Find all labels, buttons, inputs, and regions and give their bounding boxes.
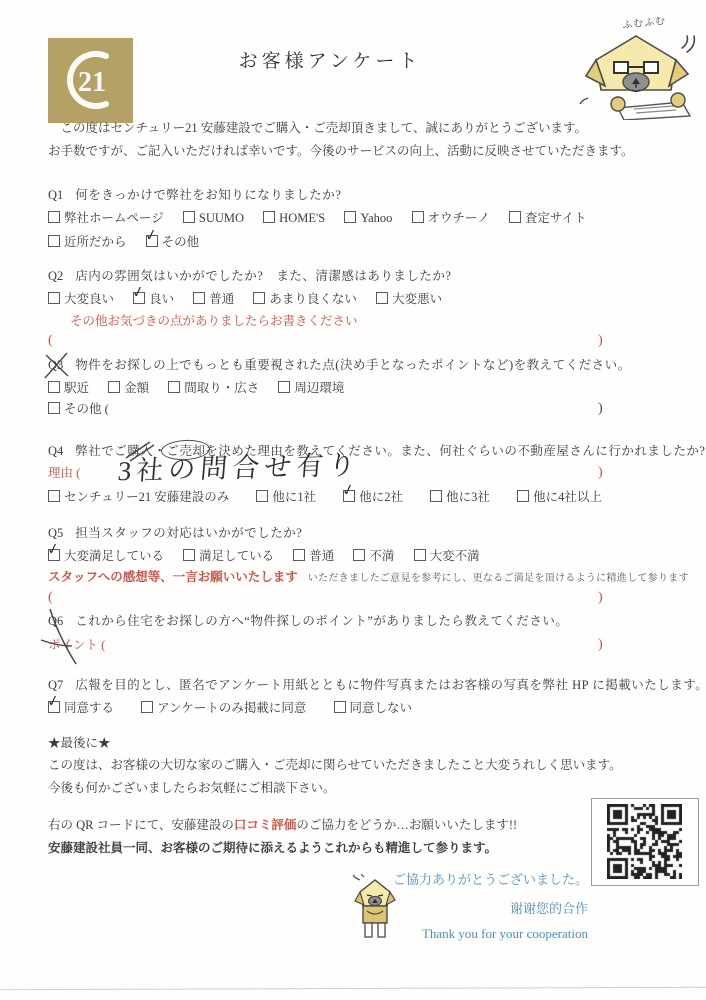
checkbox[interactable] [183,211,195,223]
checkbox[interactable] [412,211,424,223]
q1-number: Q1 [48,187,63,204]
option-q5-normal[interactable]: 普通 [293,548,334,565]
q6-point-paren-close: ) [598,637,603,653]
q7-title: Q7広報を目的とし、匿名でアンケート用紙とともに物件写真またはお客様の写真を弊社… [48,677,706,694]
qr-code-image [607,804,682,879]
option-label: 駅近 [64,381,89,395]
q3-number: Q3 [48,357,63,374]
q2-number: Q2 [48,268,63,285]
q2-answer-paren-close: ) [598,333,603,349]
checkbox[interactable] [48,490,60,502]
qr-line-post: のご協力をどうか…お願いいたします!! [296,818,517,832]
q1-title: Q1何をきっかけで弊社をお知りになりましたか? [48,187,341,204]
checkbox[interactable] [108,381,120,393]
option-label: 普通 [209,292,234,306]
option-q3-other[interactable]: その他 ( [48,401,109,418]
checkbox[interactable] [344,211,356,223]
qr-code [591,798,699,886]
checkbox-checked[interactable]: ✓ [146,235,158,247]
dog-mascot-reading-icon [578,12,698,125]
q6-text: これから住宅をお探しの方へ“物件探しのポイント”がありましたら教えてください。 [75,614,568,628]
checkbox-checked[interactable]: ✓ [343,490,355,502]
option-near-station[interactable]: 駅近 [48,380,89,397]
option-label: 弊社ホームページ [64,211,164,225]
checkbox-checked[interactable]: ✓ [48,701,60,713]
q4-number: Q4 [48,443,63,460]
checkbox[interactable] [353,549,365,561]
checkbox[interactable] [334,701,346,713]
qr-line-highlight: 口コミ評価 [234,818,297,832]
closing-line-2: 今後も何かございましたらお気軽にご相談下さい。 [48,780,336,797]
q7-number: Q7 [48,677,63,694]
closing-line-1: この度は、お客様の大切な家のご購入・ご売却に関らせていただきましたこと大変うれし… [48,757,622,774]
option-label: SUUMO [199,211,244,225]
option-label: オウチーノ [428,211,490,225]
option-label: 大変悪い [392,292,442,306]
checkbox[interactable] [430,490,442,502]
option-label: その他 ( [64,402,109,416]
checkbox-checked[interactable]: ✓ [133,292,145,304]
option-label: その他 [162,235,200,249]
checkbox[interactable] [48,211,60,223]
q5-options-row: ✓大変満足している 満足している 普通 不満 大変不満 [48,548,496,565]
checkbox[interactable] [141,701,153,713]
option-4plus-other[interactable]: 他に4社以上 [517,489,602,506]
q2-answer-paren-open: ( [48,333,53,349]
checkbox[interactable] [509,211,521,223]
checkbox[interactable] [48,292,60,304]
option-label: 近所だから [64,235,127,249]
checkbox[interactable] [376,292,388,304]
q1-options-row-2: 近所だから ✓その他 [48,234,215,251]
option-ouchino[interactable]: オウチーノ [412,210,490,227]
option-label: センチュリー21 安藤建設のみ [64,490,229,504]
option-very-dissatisfied[interactable]: 大変不満 [414,548,480,565]
option-label: 同意しない [350,701,413,715]
option-floorplan[interactable]: 間取り・広さ [168,380,259,397]
checkbox[interactable] [253,292,265,304]
option-yahoo[interactable]: Yahoo [344,210,392,227]
option-3-other[interactable]: 他に3社 [430,489,490,506]
option-label: あまり良くない [269,292,357,306]
q5-title: Q5担当スタッフの対応はいかがでしたか? [48,525,302,542]
option-label: 不満 [369,549,394,563]
qr-request-line: 右の QR コードにて、安藤建設の口コミ評価のご協力をどうか…お願いいたします!… [48,817,517,834]
q3-text: 物件をお探しの上でもっとも重要視された点(決め手となったポイントなど)を教えてく… [75,358,630,372]
checkbox[interactable] [48,381,60,393]
thanks-japanese: ご協力ありがとうございました。 [360,869,588,888]
option-c21-only[interactable]: センチュリー21 安藤建設のみ [48,489,229,506]
option-agree-checked[interactable]: ✓同意する [48,700,114,717]
q6-point-label: ポイント ( [48,637,105,654]
option-suumo[interactable]: SUUMO [183,210,244,227]
q2-options-row: 大変良い ✓良い 普通 あまり良くない 大変悪い [48,291,458,308]
q3-title: Q3物件をお探しの上でもっとも重要視された点(決め手となったポイントなど)を教え… [48,357,631,374]
q5-number: Q5 [48,525,63,542]
q5-answer-paren-close: ) [598,590,603,606]
option-not-good[interactable]: あまり良くない [253,291,357,308]
q2-title: Q2店内の雰囲気はいかがでしたか? また、清潔感はありましたか? [48,268,451,285]
handwritten-answer: 3社の問合せ有り [117,443,362,488]
option-survey-only[interactable]: アンケートのみ掲載に同意 [141,700,306,717]
option-price[interactable]: 金額 [108,380,149,397]
option-homes[interactable]: HOME'S [263,210,325,227]
option-label: 大変満足している [64,549,164,563]
checkbox[interactable] [168,381,180,393]
intro-line-1: この度はセンチュリー21 安藤建設でご購入・ご売却頂きまして、誠にありがとうござ… [48,120,587,137]
scan-artifact-line [0,987,706,990]
q4-reason-label: 理由 ( [48,465,80,482]
q5-comment-note-small: いただきましたご意見を参考にし、更なるご満足を頂けるように精進して参ります [308,573,689,584]
q3-options-row: 駅近 金額 間取り・広さ 周辺環境 [48,380,360,397]
checkbox-checked[interactable]: ✓ [48,549,60,561]
page-title: お客様アンケート [100,46,560,73]
option-1-other[interactable]: 他に1社 [256,489,316,506]
option-label: 周辺環境 [294,381,344,395]
q2-text: 店内の雰囲気はいかがでしたか? また、清潔感はありましたか? [75,269,451,283]
option-environment[interactable]: 周辺環境 [278,380,344,397]
q3-other-row: その他 ( [48,401,125,418]
q5-comment-note-row: スタッフへの感想等、一言お願いいたしますいただきましたご意見を参考にし、更なるご… [48,569,689,587]
q6-number: Q6 [48,613,63,630]
thanks-english: Thank you for your cooperation [360,926,588,942]
option-dissatisfied[interactable]: 不満 [353,548,394,565]
option-good-checked[interactable]: ✓良い [133,291,174,308]
check-mark: ✓ [143,226,159,245]
option-label: 大変良い [64,292,114,306]
checkbox[interactable] [414,549,426,561]
q1-text: 何をきっかけで弊社をお知りになりましたか? [75,188,341,202]
option-satisfied[interactable]: 満足している [183,548,274,565]
option-label: 良い [149,292,174,306]
check-mark: ✓ [45,692,61,711]
intro-line-2: お手数ですが、ご記入いただければ幸いです。今後のサービスの向上、活動に反映させて… [48,143,634,160]
option-label: Yahoo [360,211,392,225]
q5-answer-paren-open: ( [48,590,53,606]
option-normal[interactable]: 普通 [193,291,234,308]
option-neighborhood[interactable]: 近所だから [48,234,127,251]
q1-options-row-1: 弊社ホームページ SUUMO HOME'S Yahoo オウチーノ 査定サイト [48,210,603,227]
checkbox[interactable] [263,211,275,223]
checkbox[interactable] [278,381,290,393]
option-label: 同意する [64,701,114,715]
checkbox[interactable] [293,549,305,561]
option-company-homepage[interactable]: 弊社ホームページ [48,210,164,227]
check-mark: ✓ [341,481,357,500]
option-label: 普通 [309,549,334,563]
option-very-satisfied-checked[interactable]: ✓大変満足している [48,548,164,565]
checkbox[interactable] [48,235,60,247]
q5-comment-note: スタッフへの感想等、一言お願いいたします [48,570,298,584]
option-satei-site[interactable]: 査定サイト [509,210,587,227]
qr-line-pre: 右の QR コードにて、安藤建設の [48,818,234,832]
checkbox[interactable] [256,490,268,502]
option-disagree[interactable]: 同意しない [334,700,413,717]
q5-text: 担当スタッフの対応はいかがでしたか? [75,526,302,540]
option-label: 他に2社 [359,490,403,504]
q2-free-comment-note: その他お気づきの点がありましたらお書きください [70,313,358,330]
option-label: 他に3社 [446,490,490,504]
option-label: 他に1社 [272,490,316,504]
option-very-bad[interactable]: 大変悪い [376,291,442,308]
survey-sheet: 21 お客様アンケート ふむふむ この度はセンチュリー21 安藤建設で [0,0,706,1000]
option-other-checked[interactable]: ✓その他 [146,234,200,251]
option-label: アンケートのみ掲載に同意 [157,701,306,715]
option-label: 大変不満 [430,549,480,563]
checkbox[interactable] [517,490,529,502]
option-2-other-checked[interactable]: ✓他に2社 [343,489,403,506]
thanks-chinese: 谢谢您的合作 [360,898,588,917]
check-mark: ✓ [45,540,61,559]
option-label: HOME'S [279,211,325,225]
q4-reason-paren-close: ) [598,465,603,481]
checkbox[interactable] [193,292,205,304]
option-label: 間取り・広さ [184,381,259,395]
closing-star-heading: ★最後に★ [48,735,111,752]
q7-options-row: ✓同意する アンケートのみ掲載に同意 同意しない [48,700,436,717]
q3-number-text: Q3 [48,358,63,372]
q3-other-paren-close: ) [598,401,603,417]
q6-title: Q6これから住宅をお探しの方へ“物件探しのポイント”がありましたら教えてください… [48,613,568,630]
q7-text: 広報を目的とし、匿名でアンケート用紙とともに物件写真またはお客様の写真を弊社 H… [75,678,706,692]
q4-options-row: センチュリー21 安藤建設のみ 他に1社 ✓他に2社 他に3社 他に4社以上 [48,489,626,506]
option-label: 他に4社以上 [533,490,602,504]
option-label: 満足している [199,549,274,563]
checkbox[interactable] [48,402,60,414]
option-label: 査定サイト [525,211,587,225]
check-mark: ✓ [131,283,147,302]
option-very-good[interactable]: 大変良い [48,291,114,308]
qr-pledge-line: 安藤建設社員一同、お客様のご期待に添えるようこれからも精進して参ります。 [48,840,497,857]
option-label: 金額 [124,381,149,395]
checkbox[interactable] [183,549,195,561]
